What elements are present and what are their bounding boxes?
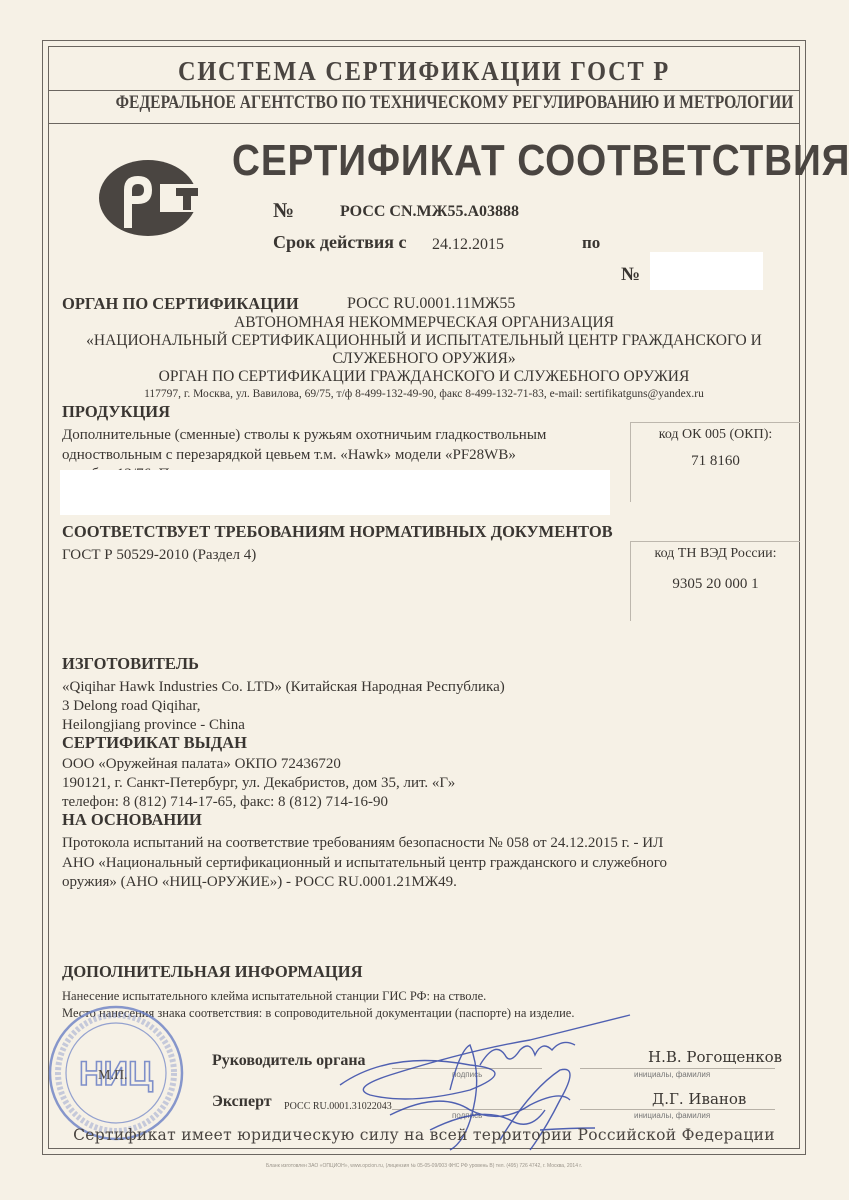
issued-to-heading: СЕРТИФИКАТ ВЫДАН [62,733,247,753]
certification-body-line: ОРГАН ПО СЕРТИФИКАЦИИ ГРАЖДАНСКОГО И СЛУ… [48,367,800,386]
certification-body-heading: ОРГАН ПО СЕРТИФИКАЦИИ [62,294,299,314]
manufacturer-heading: ИЗГОТОВИТЕЛЬ [62,654,199,674]
basis-line: Протокола испытаний на соответствие треб… [62,834,663,853]
expert-label: Эксперт [212,1093,272,1111]
okp-code-value: 71 8160 [631,453,800,470]
tnved-code-label: код ТН ВЭД России: [631,546,800,562]
conformity-heading: СООТВЕТСТВУЕТ ТРЕБОВАНИЯМ НОРМАТИВНЫХ ДО… [62,522,613,542]
certification-body-code: РОСС RU.0001.11МЖ55 [347,294,515,313]
certification-body-line: АВТОНОМНАЯ НЕКОММЕРЧЕСКАЯ ОРГАНИЗАЦИЯ [48,313,800,332]
okp-code-box: код ОК 005 (ОКП): 71 8160 [630,422,800,502]
expert-name: Д.Г. Иванов [652,1090,746,1108]
head-signature-caption: подпись [452,1070,482,1079]
secondary-number-label: № [621,264,640,286]
product-line: Дополнительные (сменные) стволы к ружьям… [62,426,546,445]
stamp-label: М.П. [98,1066,128,1085]
redacted-secondary-number [650,252,763,290]
head-name-caption: инициалы, фамилия [634,1070,710,1079]
redacted-quantity [60,470,610,515]
issued-to-line: ООО «Оружейная палата» ОКПО 72436720 [62,755,341,774]
head-name: Н.В. Рогощенков [648,1048,782,1066]
product-line: одноствольным с перезарядкой цевьем т.м.… [62,446,516,465]
certificate-title: СЕРТИФИКАТ СООТВЕТСТВИЯ [232,136,849,186]
certificate-number: РОСС CN.МЖ55.А03888 [340,203,519,221]
expert-name-line [580,1109,775,1110]
head-name-line [580,1068,775,1069]
header-divider [48,90,800,91]
issued-to-line: 190121, г. Санкт-Петербург, ул. Декабрис… [62,774,455,793]
basis-line: оружия» (АНО «НИЦ-ОРУЖИЕ») - РОСС RU.000… [62,873,457,892]
validity-label: Срок действия с [273,232,407,253]
basis-heading: НА ОСНОВАНИИ [62,810,202,830]
conformity-standard: ГОСТ Р 50529-2010 (Раздел 4) [62,546,256,565]
basis-line: АНО «Национальный сертификационный и исп… [62,854,667,873]
system-title: СИСТЕМА СЕРТИФИКАЦИИ ГОСТ Р [86,56,763,87]
rst-mark-icon [98,158,202,238]
head-label: Руководитель органа [212,1052,366,1070]
tnved-code-value: 9305 20 000 1 [631,576,800,593]
legal-notice: Сертификат имеет юридическую силу на все… [48,1126,800,1144]
head-signature-line [392,1068,542,1069]
product-heading: ПРОДУКЦИЯ [62,402,170,422]
valid-from-date: 24.12.2015 [432,236,504,254]
expert-code: РОСС RU.0001.31022043 [284,1097,392,1116]
agency-name: ФЕДЕРАЛЬНОЕ АГЕНТСТВО ПО ТЕХНИЧЕСКОМУ РЕ… [116,92,733,114]
okp-code-label: код ОК 005 (ОКП): [631,427,800,443]
print-footer: Бланк изготовлен ЗАО «ОПЦИОН», www.opcio… [48,1163,800,1169]
manufacturer-line: 3 Delong road Qiqihar, [62,697,201,716]
valid-to-label: по [582,233,600,253]
header-divider [48,123,800,124]
expert-signature-line [392,1109,542,1110]
additional-info-heading: ДОПОЛНИТЕЛЬНАЯ ИНФОРМАЦИЯ [62,962,363,982]
certification-body-line: «НАЦИОНАЛЬНЫЙ СЕРТИФИКАЦИОННЫЙ И ИСПЫТАТ… [48,331,800,350]
manufacturer-line: «Qiqihar Hawk Industries Co. LTD» (Китай… [62,678,505,697]
expert-signature-caption: подпись [452,1111,482,1120]
number-label: № [273,198,294,223]
expert-name-caption: инициалы, фамилия [634,1111,710,1120]
certification-body-line: СЛУЖЕБНОГО ОРУЖИЯ» [48,349,800,368]
tnved-code-box: код ТН ВЭД России: 9305 20 000 1 [630,541,800,621]
